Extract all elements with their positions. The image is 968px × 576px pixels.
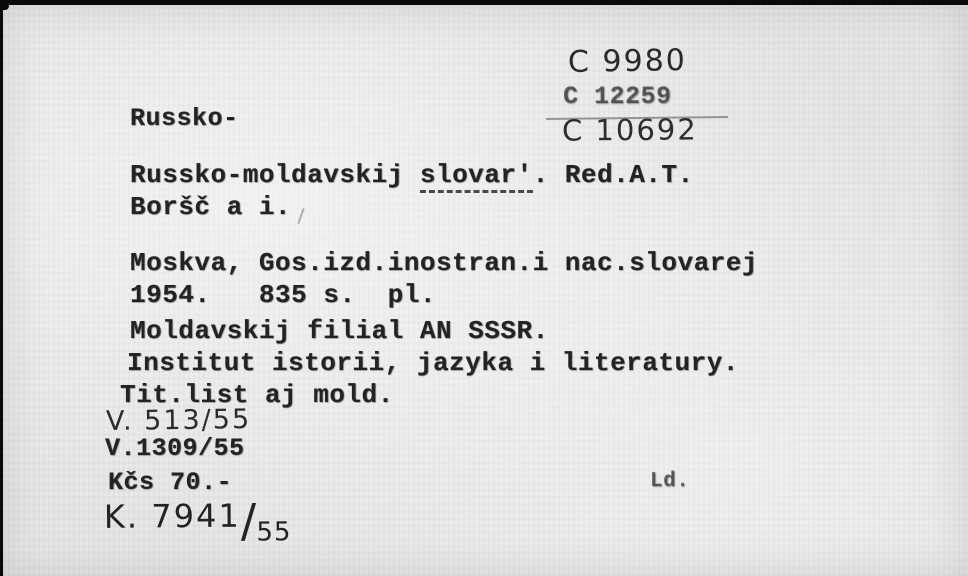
imprint-extra: pl.	[388, 280, 436, 310]
title-line-2: Boršč a i.	[130, 192, 291, 222]
scan-edge-top	[0, 0, 968, 5]
price: Kčs 70.-	[108, 468, 232, 497]
accession-v-typed: V.1309/55	[105, 434, 245, 463]
accession-v-handwritten: V. 513/55	[106, 404, 252, 437]
imprint-gap-2	[355, 280, 387, 310]
title-line-1: Russko-moldavskij slovar'. Red.A.T.	[130, 160, 694, 190]
title-underlined-word: slovar'	[420, 160, 533, 193]
call-number-1: C 9980	[568, 43, 687, 80]
corporate-line-2: Institut istorii, jazyka i literatury.	[127, 348, 739, 378]
imprint-pages: 835 s.	[259, 280, 356, 310]
call-number-3: C 10692	[562, 112, 698, 147]
title-line-1-pre: Russko-moldavskij	[130, 160, 420, 190]
heading-label: Russko-	[130, 104, 239, 133]
scan-edge-corner	[0, 0, 9, 10]
accession-k-year: 55	[256, 517, 291, 547]
imprint-gap-1	[211, 280, 259, 310]
imprint-line-1: Moskva, Gos.izd.inostran.i nac.slovarej	[130, 248, 758, 278]
accession-k-handwritten: K. 7941/55	[104, 493, 292, 549]
accession-k-slash: /	[241, 493, 257, 547]
imprint-year: 1954.	[130, 280, 211, 310]
accession-k-main: K. 7941	[104, 497, 241, 536]
title-line-1-post: . Red.A.T.	[533, 160, 694, 190]
cataloguer-initials: Ld.	[650, 470, 689, 493]
catalog-card-scan: C 9980 C 12259 C 10692 Russko- Russko-mo…	[0, 0, 968, 576]
corporate-line-1: Moldavskij filial AN SSSR.	[130, 316, 549, 346]
imprint-line-2: 1954. 835 s. pl.	[130, 280, 436, 310]
scan-edge-left	[0, 0, 3, 576]
call-number-2: C 12259	[563, 82, 672, 111]
